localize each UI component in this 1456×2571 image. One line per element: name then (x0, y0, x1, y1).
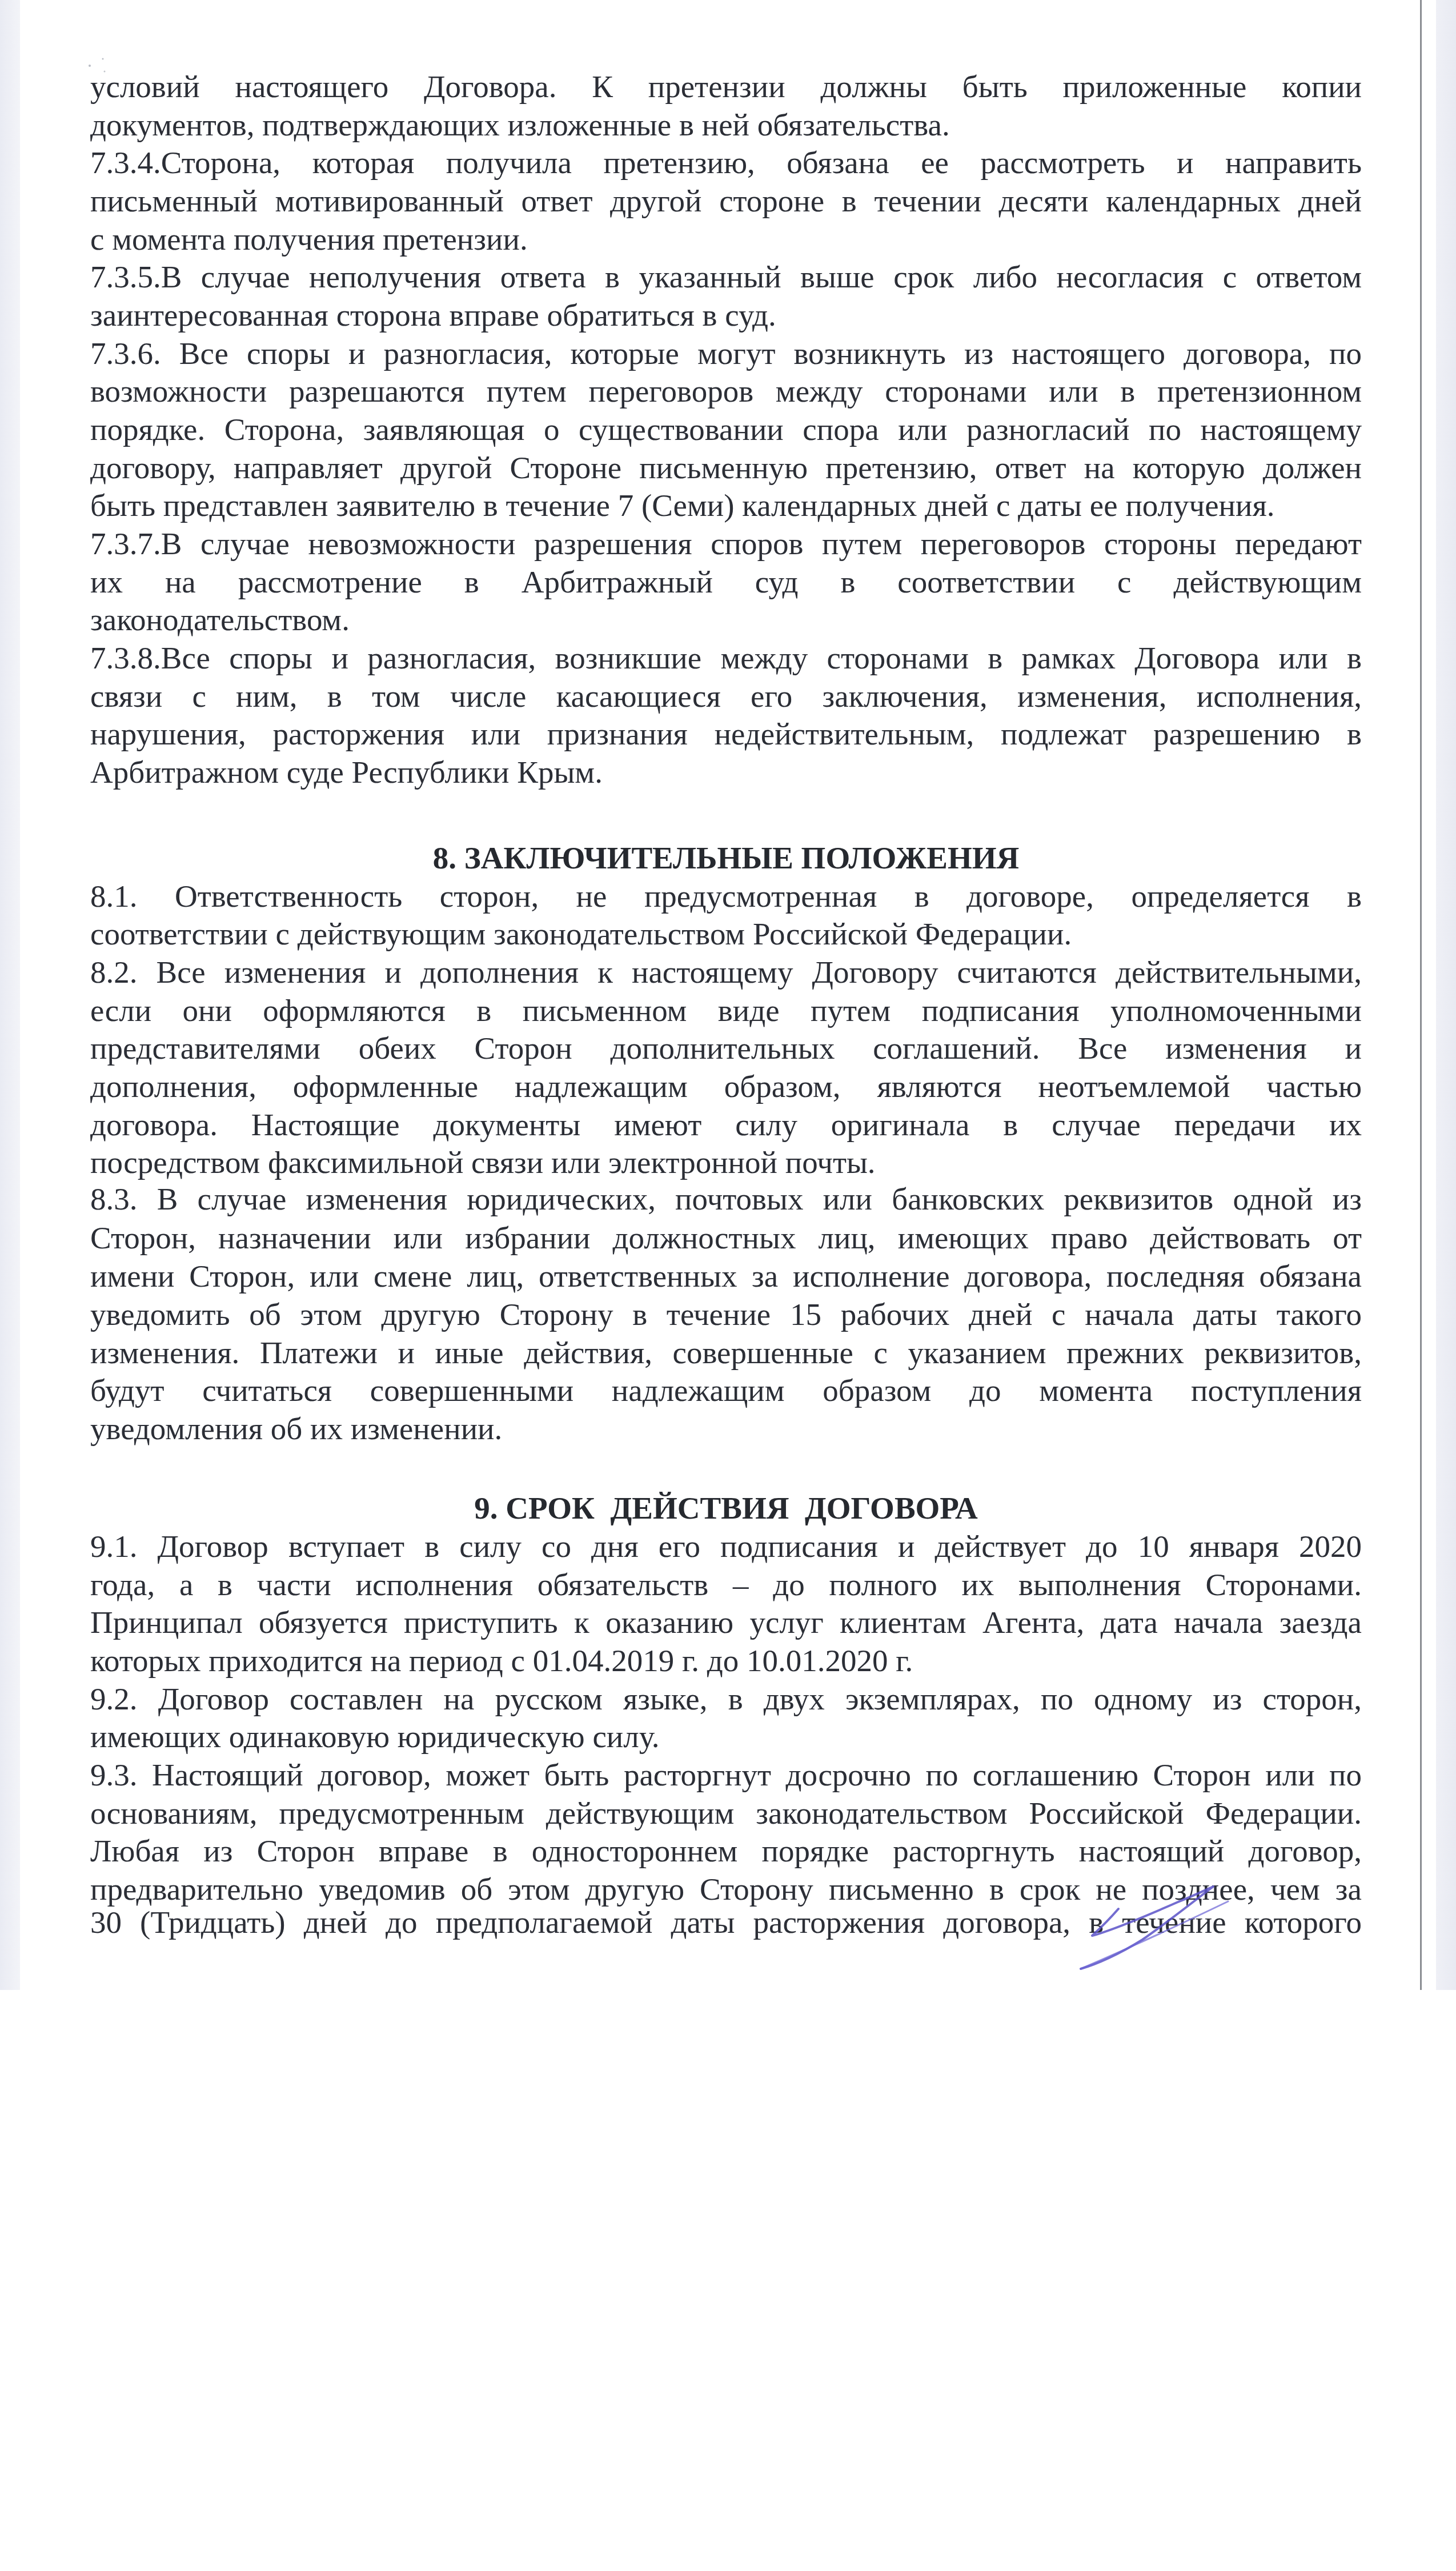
clause-7-3-8: 7.3.8.Все споры и разногласия, возникшие… (90, 639, 1362, 677)
clause-7-3-6: 7.3.6. Все споры и разногласия, которые … (90, 334, 1362, 373)
paragraph-line: договора. Настоящие документы имеют силу… (90, 1106, 1362, 1144)
paragraph-line: дополнения, оформленные надлежащим образ… (90, 1067, 1362, 1106)
clause-7-3-5: 7.3.5.В случае неполучения ответа в указ… (90, 258, 1362, 296)
clause-8-2: 8.2. Все изменения и дополнения к настоя… (90, 953, 1362, 991)
paragraph-line: связи с ним, в том числе касающиеся его … (90, 677, 1362, 715)
paragraph-line: законодательством. (90, 600, 1362, 639)
paragraph-line: года, а в части исполнения обязательств … (90, 1565, 1362, 1604)
section-heading: 9. СРОК ДЕЙСТВИЯ ДОГОВОРА (90, 1489, 1362, 1527)
paragraph-line: документов, подтверждающих изложенные в … (90, 106, 1362, 144)
scanned-page: условий настоящего Договора. К претензии… (0, 0, 1456, 1990)
paragraph-line: их на рассмотрение в Арбитражный суд в с… (90, 563, 1362, 601)
clause-9-3: 9.3. Настоящий договор, может быть расто… (90, 1756, 1362, 1794)
paragraph-line: которых приходится на период с 01.04.201… (90, 1641, 1362, 1680)
paragraph-line: имеющих одинаковую юридическую силу. (90, 1717, 1362, 1756)
paragraph-line: представителями обеих Сторон дополнитель… (90, 1029, 1362, 1067)
paragraph-line: заинтересованная сторона вправе обратить… (90, 296, 1362, 334)
scan-right-edge (1436, 0, 1456, 1990)
paragraph-line: договору, направляет другой Стороне пись… (90, 448, 1362, 487)
paragraph-line: уведомления об их изменении. (90, 1409, 1362, 1448)
paragraph-line: порядке. Сторона, заявляющая о существов… (90, 410, 1362, 448)
clause-8-1: 8.1. Ответственность сторон, не предусмо… (90, 877, 1362, 915)
clause-7-3-4: 7.3.4.Сторона, которая получила претензи… (90, 143, 1362, 182)
paragraph-line: с момента получения претензии. (90, 220, 1362, 258)
scan-left-edge (0, 0, 20, 1990)
section-heading: 8. ЗАКЛЮЧИТЕЛЬНЫЕ ПОЛОЖЕНИЯ (90, 839, 1362, 877)
clause-7-3-7: 7.3.7.В случае невозможности разрешения … (90, 524, 1362, 563)
paragraph-line: посредством факсимильной связи или элект… (90, 1143, 1362, 1182)
paragraph-line: будут считаться совершенными надлежащим … (90, 1371, 1362, 1409)
paragraph-line: Любая из Сторон вправе в одностороннем п… (90, 1832, 1362, 1870)
clause-9-1: 9.1. Договор вступает в силу со дня его … (90, 1527, 1362, 1565)
paragraph-line: 30 (Тридцать) дней до предполагаемой дат… (90, 1903, 1362, 1941)
paragraph-line: нарушения, расторжения или признания нед… (90, 715, 1362, 753)
paragraph-line: условий настоящего Договора. К претензии… (90, 67, 1362, 106)
paragraph-line: соответствии с действующим законодательс… (90, 915, 1362, 953)
paragraph-line: быть представлен заявителю в течение 7 (… (90, 486, 1362, 524)
paragraph-line: письменный мотивированный ответ другой с… (90, 182, 1362, 220)
scan-right-border (1420, 0, 1422, 1990)
paragraph-line: если они оформляются в письменном виде п… (90, 991, 1362, 1030)
clause-9-2: 9.2. Договор составлен на русском языке,… (90, 1680, 1362, 1718)
paragraph-line: Сторон, назначении или избрании должност… (90, 1219, 1362, 1257)
paragraph-line: возможности разрешаются путем переговоро… (90, 372, 1362, 410)
paragraph-line: Принципал обязуется приступить к оказани… (90, 1603, 1362, 1641)
paragraph-line: уведомить об этом другую Сторону в течен… (90, 1295, 1362, 1333)
paragraph-line: предварительно уведомив об этом другую С… (90, 1870, 1362, 1908)
paragraph-line: изменения. Платежи и иные действия, сове… (90, 1333, 1362, 1372)
clause-8-3: 8.3. В случае изменения юридических, поч… (90, 1180, 1362, 1218)
paragraph-line: основаниям, предусмотренным действующим … (90, 1794, 1362, 1832)
paragraph-line: имени Сторон, или смене лиц, ответственн… (90, 1257, 1362, 1295)
paragraph-line: Арбитражном суде Республики Крым. (90, 753, 1362, 791)
